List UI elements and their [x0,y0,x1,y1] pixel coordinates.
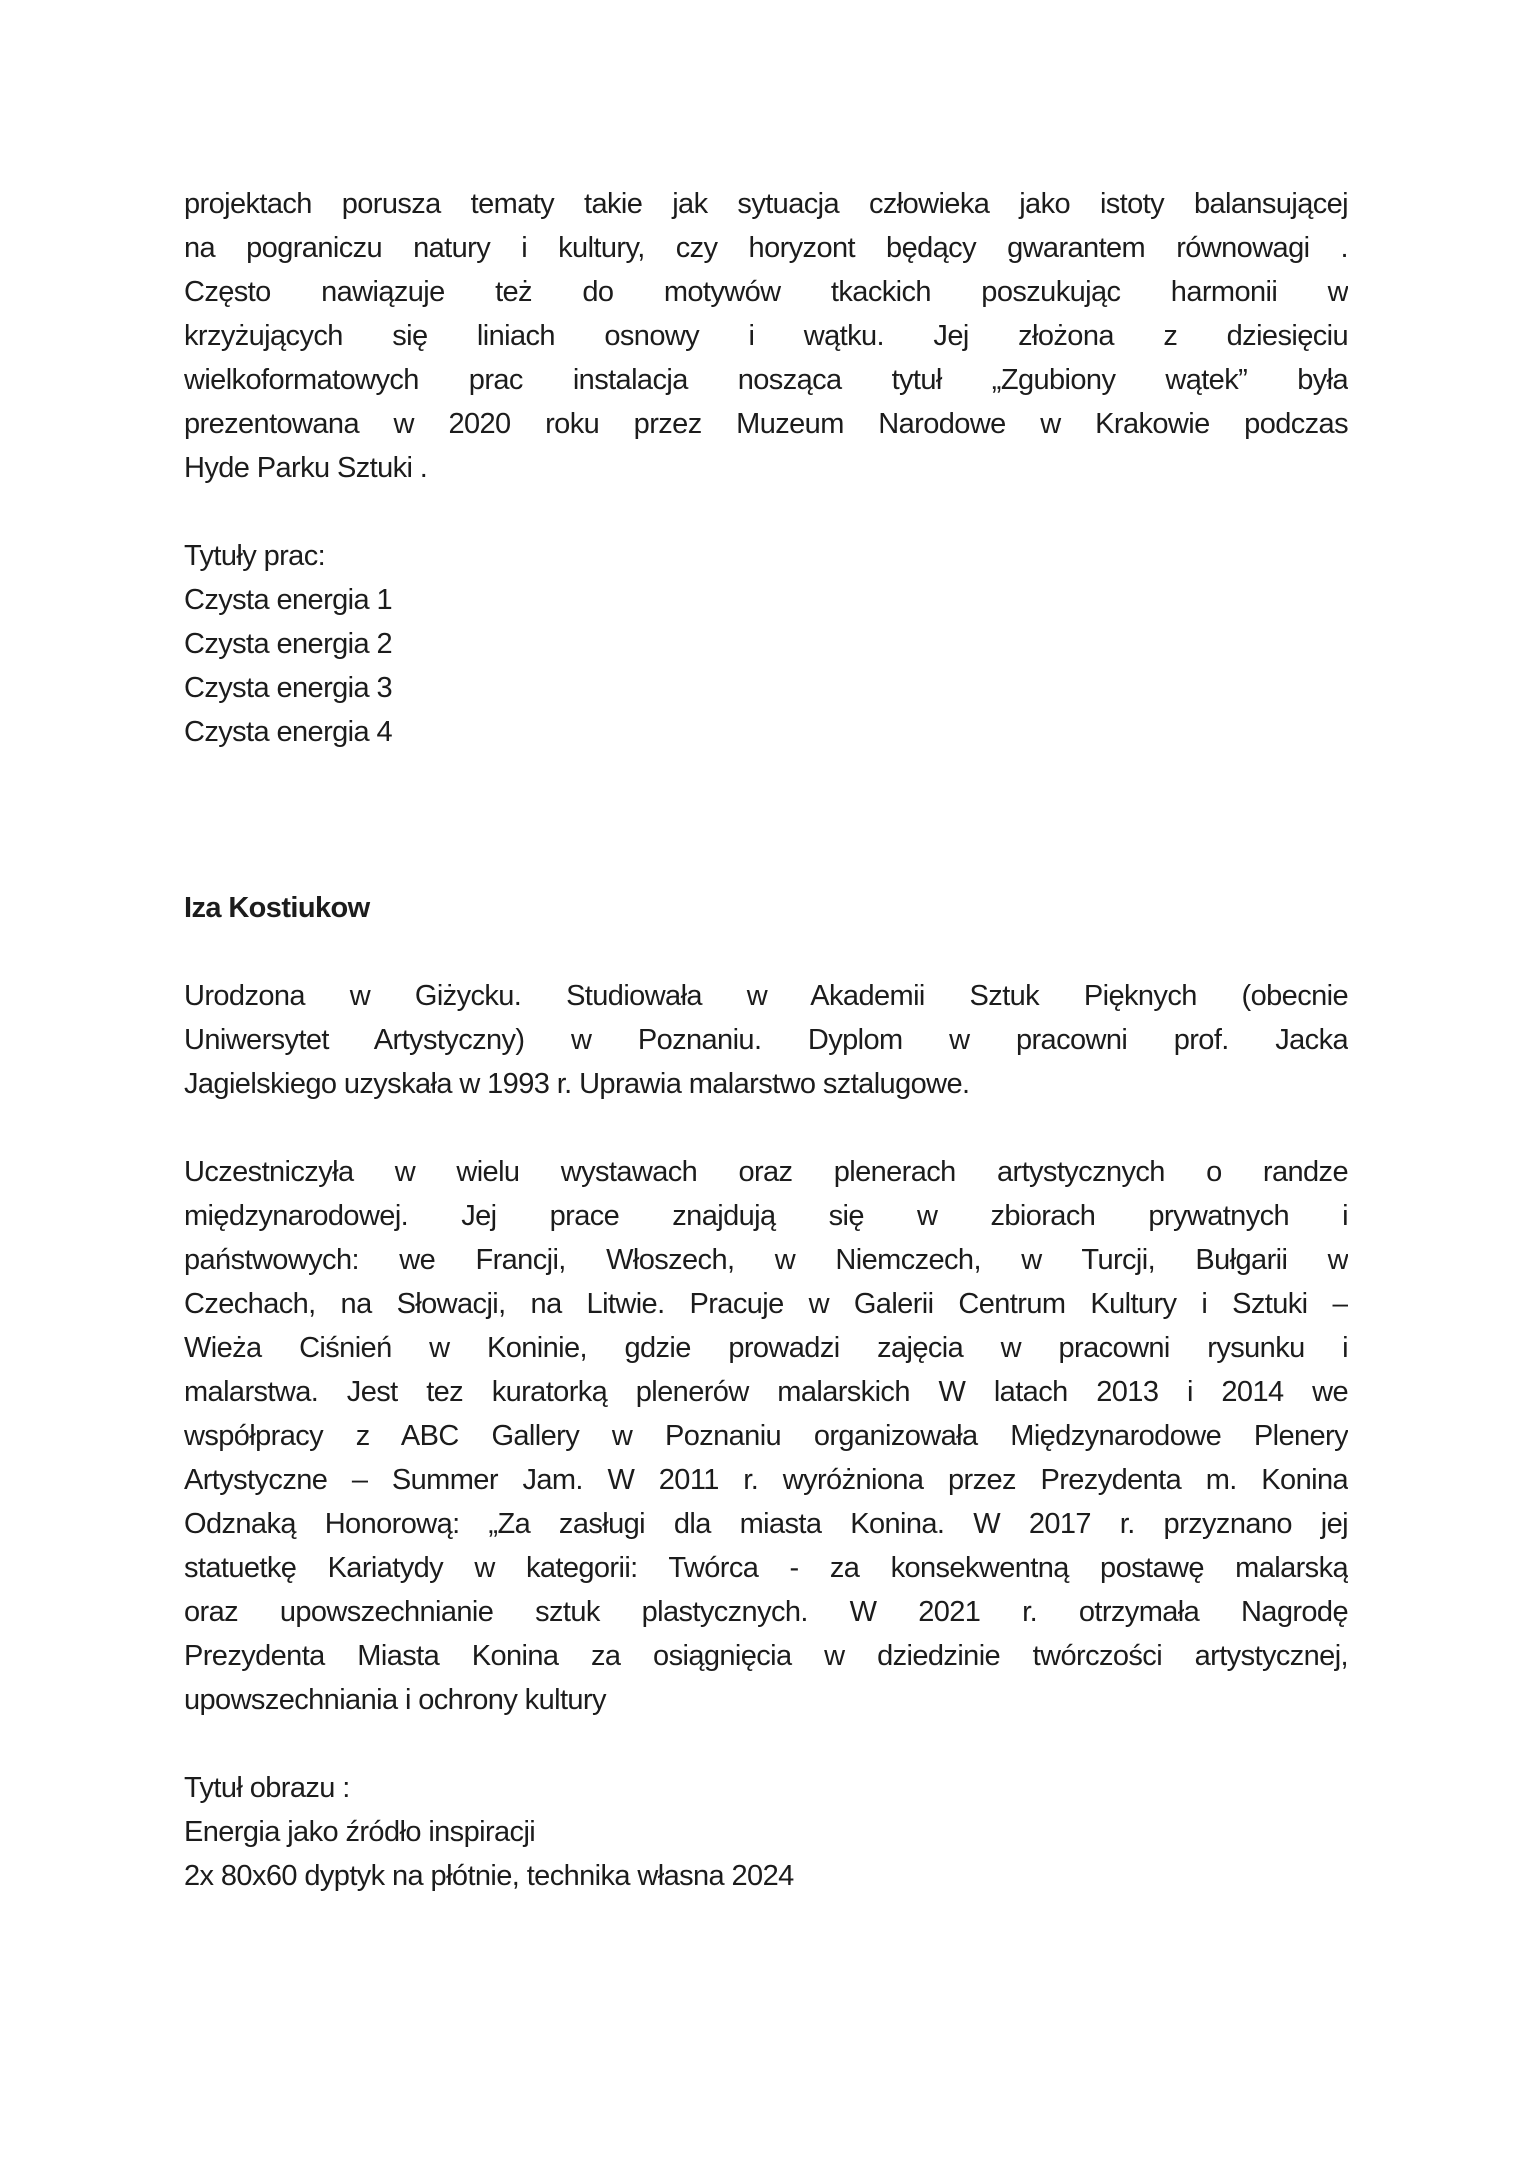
paragraph-line: współpracy z ABC Gallery w Poznaniu orga… [184,1414,1348,1458]
paragraph-line: oraz upowszechnianie sztuk plastycznych.… [184,1590,1348,1634]
spacer [184,1722,1348,1766]
paragraph-line: statuetkę Kariatydy w kategorii: Twórca … [184,1546,1348,1590]
painting-details: 2x 80x60 dyptyk na płótnie, technika wła… [184,1854,1348,1898]
spacer [184,842,1348,886]
work-title: Czysta energia 4 [184,710,1348,754]
paragraph-line: Wieża Ciśnień w Koninie, gdzie prowadzi … [184,1326,1348,1370]
paragraph-line: państwowych: we Francji, Włoszech, w Nie… [184,1238,1348,1282]
document-page: projektach porusza tematy takie jak sytu… [184,182,1348,1898]
intro-paragraph: projektach porusza tematy takie jak sytu… [184,182,1348,490]
works-list: Tytuły prac: Czysta energia 1 Czysta ene… [184,534,1348,754]
paragraph-line: malarstwa. Jest tez kuratorką plenerów m… [184,1370,1348,1414]
paragraph-line: Urodzona w Giżycku. Studiowała w Akademi… [184,974,1348,1018]
paragraph-line: Odznaką Honorową: „Za zasługi dla miasta… [184,1502,1348,1546]
work-title: Czysta energia 1 [184,578,1348,622]
artist-name-heading: Iza Kostiukow [184,886,1348,930]
spacer [184,1106,1348,1150]
paragraph-line: na pograniczu natury i kultury, czy hory… [184,226,1348,270]
spacer [184,754,1348,798]
spacer [184,490,1348,534]
painting-title: Energia jako źródło inspiracji [184,1810,1348,1854]
spacer [184,798,1348,842]
paragraph-line: Uniwersytet Artystyczny) w Poznaniu. Dyp… [184,1018,1348,1062]
paragraph-line: projektach porusza tematy takie jak sytu… [184,182,1348,226]
spacer [184,930,1348,974]
work-title: Czysta energia 3 [184,666,1348,710]
paragraph-line: prezentowana w 2020 roku przez Muzeum Na… [184,402,1348,446]
painting-label: Tytuł obrazu : [184,1766,1348,1810]
paragraph-line: Prezydenta Miasta Konina za osiągnięcia … [184,1634,1348,1678]
paragraph-line: Jagielskiego uzyskała w 1993 r. Uprawia … [184,1062,1348,1106]
paragraph-line: Uczestniczyła w wielu wystawach oraz ple… [184,1150,1348,1194]
paragraph-line: Czechach, na Słowacji, na Litwie. Pracuj… [184,1282,1348,1326]
painting-info: Tytuł obrazu : Energia jako źródło inspi… [184,1766,1348,1898]
paragraph-line: krzyżujących się liniach osnowy i wątku.… [184,314,1348,358]
bio-paragraph-2: Uczestniczyła w wielu wystawach oraz ple… [184,1150,1348,1722]
paragraph-line: Artystyczne – Summer Jam. W 2011 r. wyró… [184,1458,1348,1502]
paragraph-line: upowszechniania i ochrony kultury [184,1678,1348,1722]
paragraph-line: Hyde Parku Sztuki . [184,446,1348,490]
works-label: Tytuły prac: [184,534,1348,578]
paragraph-line: Często nawiązuje też do motywów tkackich… [184,270,1348,314]
bio-paragraph-1: Urodzona w Giżycku. Studiowała w Akademi… [184,974,1348,1106]
paragraph-line: wielkoformatowych prac instalacja nosząc… [184,358,1348,402]
paragraph-line: międzynarodowej. Jej prace znajdują się … [184,1194,1348,1238]
work-title: Czysta energia 2 [184,622,1348,666]
